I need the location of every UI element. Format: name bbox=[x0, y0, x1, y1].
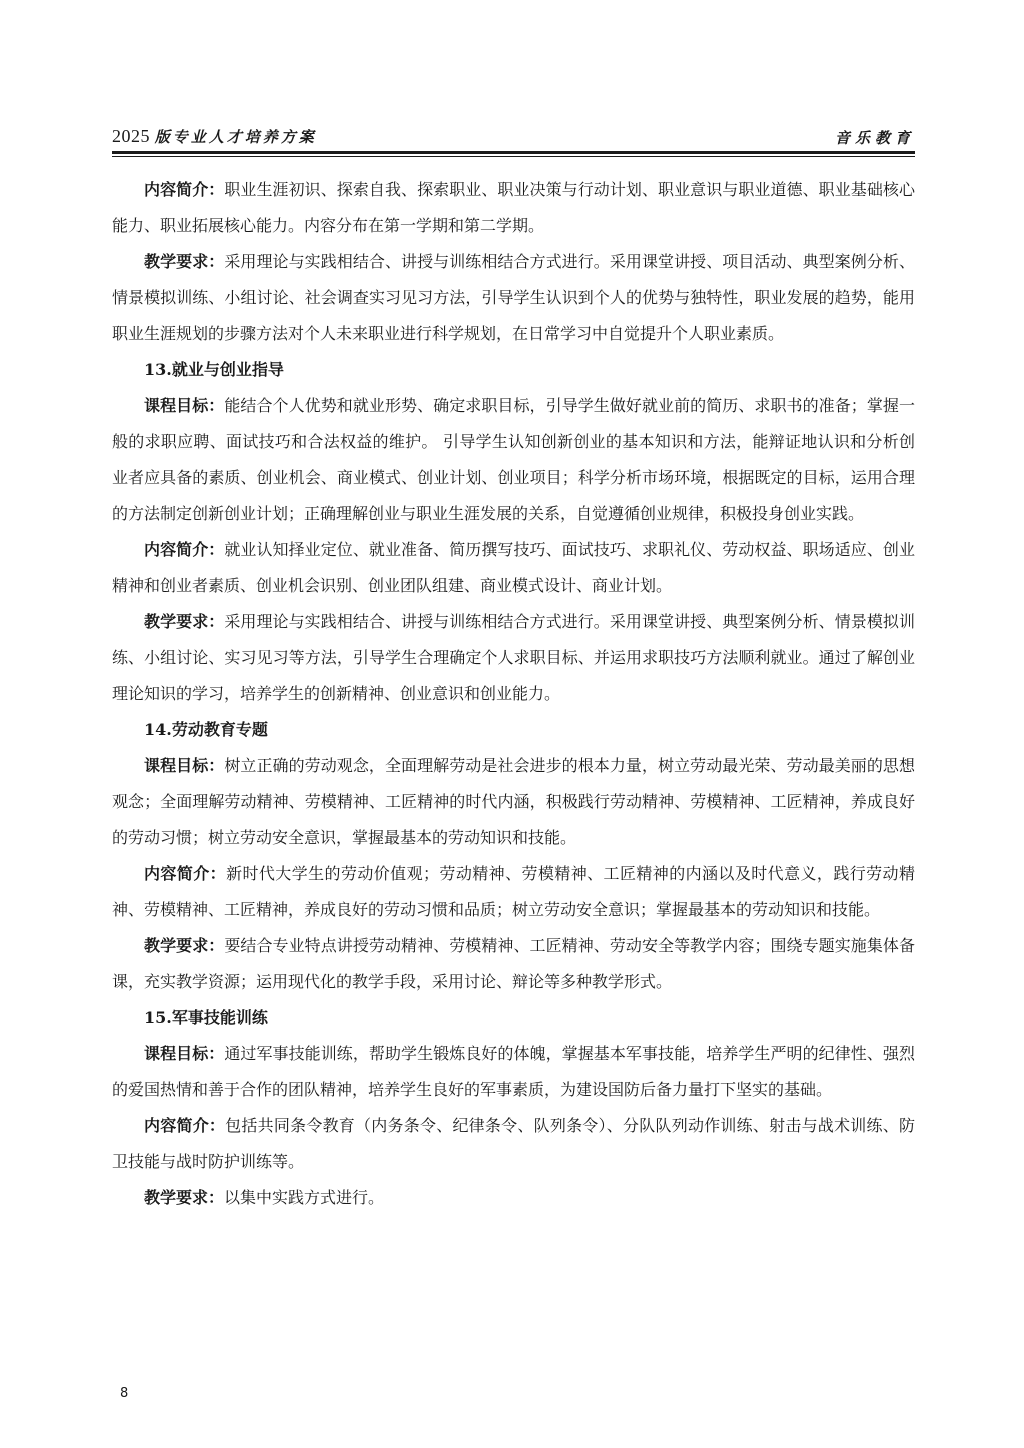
paragraph-text: 新时代大学生的劳动价值观；劳动精神、劳模精神、工匠精神的内涵以及时代意义，践行劳… bbox=[112, 864, 915, 919]
paragraph-text: 要结合专业特点讲授劳动精神、劳模精神、工匠精神、劳动安全等教学内容；围绕专题实施… bbox=[112, 936, 915, 991]
paragraph-label: 内容简介： bbox=[144, 540, 224, 559]
paragraph-text: 树立正确的劳动观念，全面理解劳动是社会进步的根本力量，树立劳动最光荣、劳动最美丽… bbox=[112, 756, 915, 847]
teaching-requirements-paragraph: 教学要求：采用理论与实践相结合、讲授与训练相结合方式进行。采用课堂讲授、典型案例… bbox=[112, 604, 915, 712]
paragraph-text: 以集中实践方式进行。 bbox=[224, 1188, 384, 1207]
content-summary-paragraph: 内容简介：包括共同条令教育（内务条令、纪律条令、队列条令）、分队队列动作训练、射… bbox=[112, 1108, 915, 1180]
header-rule-thin bbox=[112, 156, 915, 157]
paragraph-text: 职业生涯初识、探索自我、探索职业、职业决策与行动计划、职业意识与职业道德、职业基… bbox=[112, 180, 915, 235]
teaching-requirements-paragraph: 教学要求：要结合专业特点讲授劳动精神、劳模精神、工匠精神、劳动安全等教学内容；围… bbox=[112, 928, 915, 1000]
paragraph-text: 能结合个人优势和就业形势、确定求职目标，引导学生做好就业前的简历、求职书的准备；… bbox=[112, 396, 915, 523]
page-number: 8 bbox=[120, 1386, 128, 1401]
paragraph-text: 通过军事技能训练，帮助学生锻炼良好的体魄，掌握基本军事技能，培养学生严明的纪律性… bbox=[112, 1044, 915, 1099]
paragraph-text: 采用理论与实践相结合、讲授与训练相结合方式进行。采用课堂讲授、典型案例分析、情景… bbox=[112, 612, 915, 703]
content-summary-paragraph: 内容简介：职业生涯初识、探索自我、探索职业、职业决策与行动计划、职业意识与职业道… bbox=[112, 172, 915, 244]
paragraph-label: 教学要求： bbox=[144, 252, 224, 271]
paragraph-label: 内容简介： bbox=[144, 1116, 225, 1135]
paragraph-text: 就业认知择业定位、就业准备、简历撰写技巧、面试技巧、求职礼仪、劳动权益、职场适应… bbox=[112, 540, 915, 595]
paragraph-label: 教学要求： bbox=[144, 612, 224, 631]
paragraph-text: 包括共同条令教育（内务条令、纪律条令、队列条令）、分队队列动作训练、射击与战术训… bbox=[112, 1116, 915, 1171]
section-heading-14: 14.劳动教育专题 bbox=[112, 712, 915, 748]
document-title: 2025 版专业人才培养方案 bbox=[112, 126, 317, 147]
course-goal-paragraph: 课程目标：能结合个人优势和就业形势、确定求职目标，引导学生做好就业前的简历、求职… bbox=[112, 388, 915, 532]
section-heading-13: 13.就业与创业指导 bbox=[112, 352, 915, 388]
page-content: 内容简介：职业生涯初识、探索自我、探索职业、职业决策与行动计划、职业意识与职业道… bbox=[112, 172, 915, 1216]
paragraph-text: 采用理论与实践相结合、讲授与训练相结合方式进行。采用课堂讲授、项目活动、典型案例… bbox=[112, 252, 915, 343]
content-summary-paragraph: 内容简介：就业认知择业定位、就业准备、简历撰写技巧、面试技巧、求职礼仪、劳动权益… bbox=[112, 532, 915, 604]
paragraph-label: 教学要求： bbox=[144, 1188, 224, 1207]
content-summary-paragraph: 内容简介：新时代大学生的劳动价值观；劳动精神、劳模精神、工匠精神的内涵以及时代意… bbox=[112, 856, 915, 928]
page-header: 2025 版专业人才培养方案 音乐教育 bbox=[112, 124, 915, 150]
paragraph-label: 内容简介： bbox=[144, 864, 226, 883]
paragraph-label: 教学要求： bbox=[144, 936, 224, 955]
paragraph-label: 课程目标： bbox=[144, 1044, 224, 1063]
document-title-text: 版专业人才培养方案 bbox=[155, 130, 317, 146]
teaching-requirements-paragraph: 教学要求：采用理论与实践相结合、讲授与训练相结合方式进行。采用课堂讲授、项目活动… bbox=[112, 244, 915, 352]
course-goal-paragraph: 课程目标：通过军事技能训练，帮助学生锻炼良好的体魄，掌握基本军事技能，培养学生严… bbox=[112, 1036, 915, 1108]
teaching-requirements-paragraph: 教学要求：以集中实践方式进行。 bbox=[112, 1180, 915, 1216]
paragraph-label: 内容简介： bbox=[144, 180, 224, 199]
major-name: 音乐教育 bbox=[835, 127, 915, 148]
paragraph-label: 课程目标： bbox=[144, 396, 224, 415]
paragraph-label: 课程目标： bbox=[144, 756, 224, 775]
header-rule-thick bbox=[112, 151, 915, 154]
document-year: 2025 bbox=[112, 126, 150, 146]
section-heading-15: 15.军事技能训练 bbox=[112, 1000, 915, 1036]
course-goal-paragraph: 课程目标：树立正确的劳动观念，全面理解劳动是社会进步的根本力量，树立劳动最光荣、… bbox=[112, 748, 915, 856]
